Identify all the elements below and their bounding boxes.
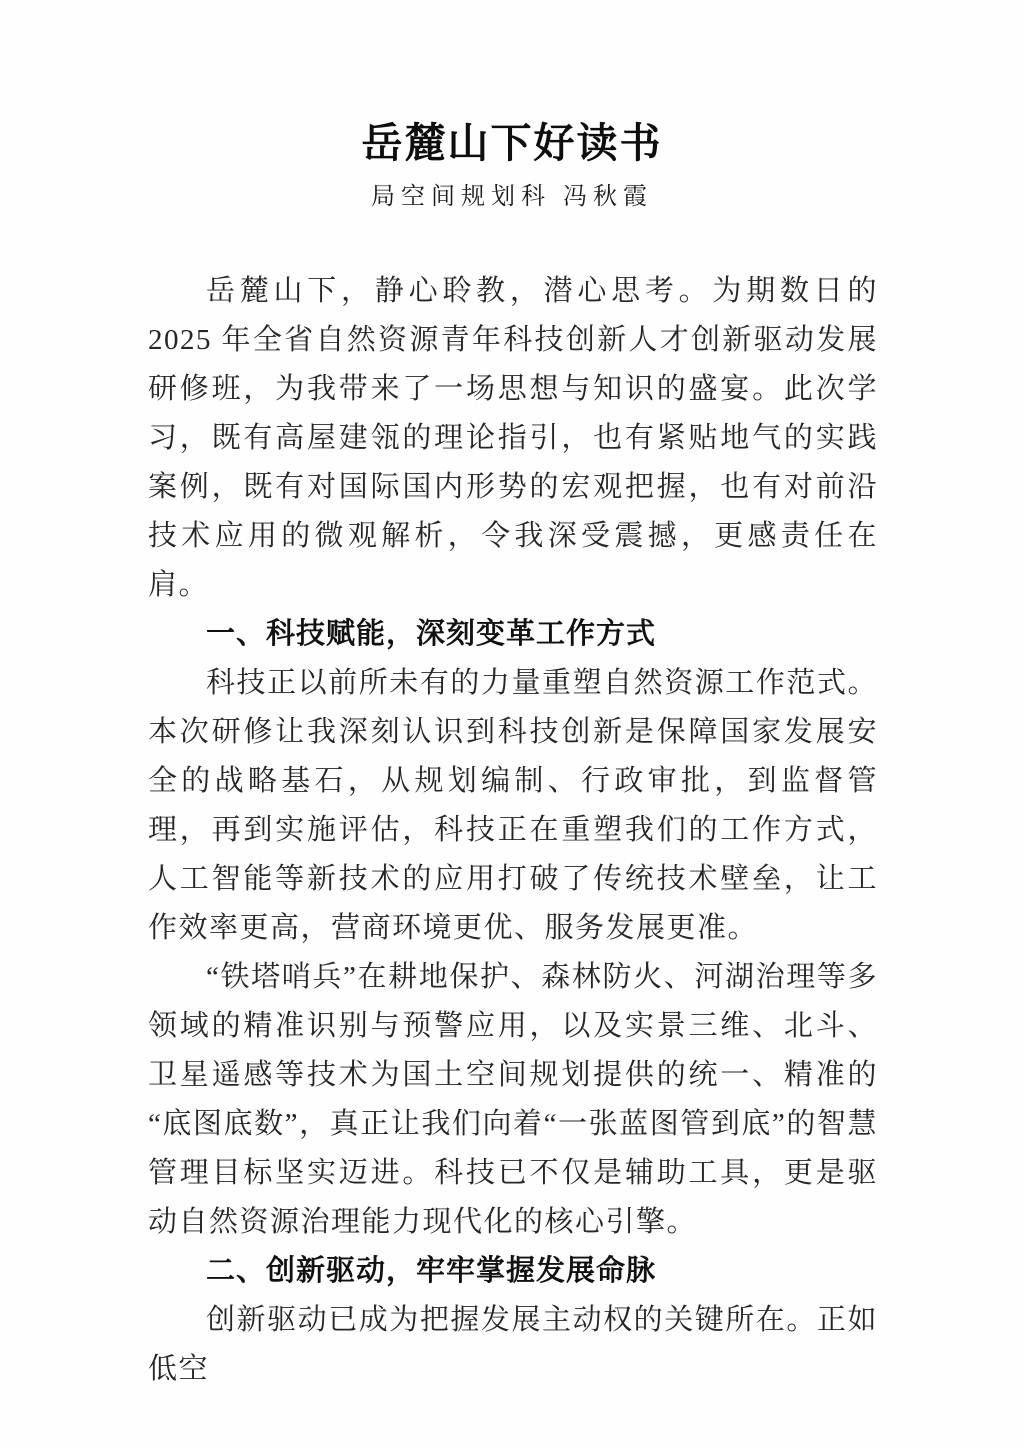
document-body: 岳麓山下，静心聆教，潜心思考。为期数日的 2025 年全省自然资源青年科技创新人… (148, 267, 878, 1394)
paragraph-intro: 岳麓山下，静心聆教，潜心思考。为期数日的 2025 年全省自然资源青年科技创新人… (148, 267, 878, 610)
paragraph-section1-a: 科技正以前所未有的力量重塑自然资源工作范式。本次研修让我深刻认识到科技创新是保障… (148, 659, 878, 953)
section-heading-2: 二、创新驱动，牢牢掌握发展命脉 (148, 1247, 878, 1296)
document-title: 岳麓山下好读书 (0, 0, 1024, 168)
paragraph-section1-b: “铁塔哨兵”在耕地保护、森林防火、河湖治理等多领域的精准识别与预警应用，以及实景… (148, 953, 878, 1247)
document-byline: 局空间规划科 冯秋霞 (0, 182, 1024, 212)
section-heading-1: 一、科技赋能，深刻变革工作方式 (148, 610, 878, 659)
document-page: 岳麓山下好读书 局空间规划科 冯秋霞 岳麓山下，静心聆教，潜心思考。为期数日的 … (0, 0, 1024, 1448)
paragraph-section2-a: 创新驱动已成为把握发展主动权的关键所在。正如低空 (148, 1296, 878, 1394)
